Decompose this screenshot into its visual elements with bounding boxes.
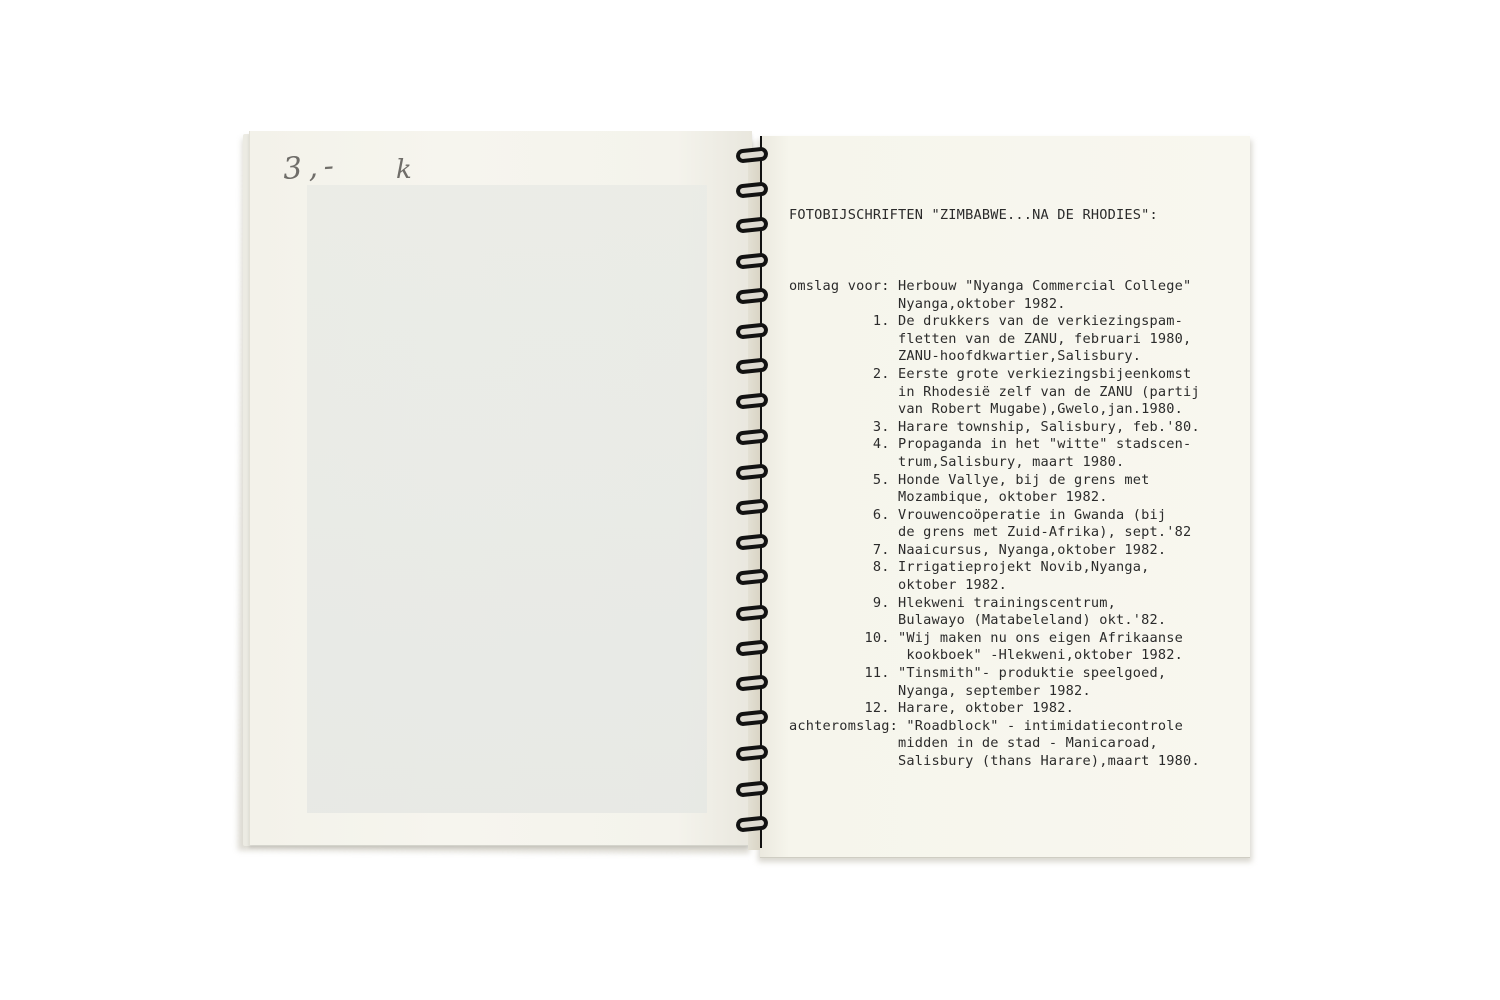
caption-line: Mozambique, oktober 1982. bbox=[789, 489, 1200, 507]
caption-line: 1. De drukkers van de verkiezingspam- bbox=[789, 313, 1200, 331]
caption-line: in Rhodesië zelf van de ZANU (partij bbox=[789, 384, 1200, 402]
caption-list: FOTOBIJSCHRIFTEN "ZIMBABWE...NA DE RHODI… bbox=[789, 172, 1200, 806]
caption-line: Nyanga,oktober 1982. bbox=[789, 296, 1200, 314]
caption-line: fletten van de ZANU, februari 1980, bbox=[789, 331, 1200, 349]
caption-line: 8. Irrigatieprojekt Novib,Nyanga, bbox=[789, 559, 1200, 577]
caption-line: 11. "Tinsmith"- produktie speelgoed, bbox=[789, 665, 1200, 683]
caption-line: 4. Propaganda in het "witte" stadscen- bbox=[789, 436, 1200, 454]
caption-line: 3. Harare township, Salisbury, feb.'80. bbox=[789, 419, 1200, 437]
caption-line: de grens met Zuid-Afrika), sept.'82 bbox=[789, 524, 1200, 542]
caption-title: FOTOBIJSCHRIFTEN "ZIMBABWE...NA DE RHODI… bbox=[789, 207, 1200, 225]
caption-line: 5. Honde Vallye, bij de grens met bbox=[789, 472, 1200, 490]
caption-line: kookboek" -Hlekweni,oktober 1982. bbox=[789, 647, 1200, 665]
caption-line: omslag voor: Herbouw "Nyanga Commercial … bbox=[789, 278, 1200, 296]
book-spread: 3,- k FOTOBIJSCHRIFTEN "ZIMBABWE...NA DE… bbox=[0, 0, 1500, 1000]
caption-line: 6. Vrouwencoöperatie in Gwanda (bij bbox=[789, 507, 1200, 525]
show-through-photo bbox=[307, 185, 707, 813]
caption-line: 12. Harare, oktober 1982. bbox=[789, 700, 1200, 718]
spiral-wire bbox=[760, 136, 762, 848]
caption-line: oktober 1982. bbox=[789, 577, 1200, 595]
caption-line: 7. Naaicursus, Nyanga,oktober 1982. bbox=[789, 542, 1200, 560]
caption-lines: omslag voor: Herbouw "Nyanga Commercial … bbox=[789, 278, 1200, 771]
caption-line: Bulawayo (Matabeleland) okt.'82. bbox=[789, 612, 1200, 630]
caption-line: Salisbury (thans Harare),maart 1980. bbox=[789, 753, 1200, 771]
caption-line: trum,Salisbury, maart 1980. bbox=[789, 454, 1200, 472]
caption-line: 10. "Wij maken nu ons eigen Afrikaanse bbox=[789, 630, 1200, 648]
caption-line: achteromslag: "Roadblock" - intimidatiec… bbox=[789, 718, 1200, 736]
caption-line: ZANU-hoofdkwartier,Salisbury. bbox=[789, 348, 1200, 366]
caption-line: Nyanga, september 1982. bbox=[789, 683, 1200, 701]
caption-line: midden in de stad - Manicaroad, bbox=[789, 735, 1200, 753]
handwritten-mark: k bbox=[396, 155, 412, 185]
handwritten-price: 3,- bbox=[282, 148, 341, 187]
caption-line: 2. Eerste grote verkiezingsbijeenkomst bbox=[789, 366, 1200, 384]
caption-line: 9. Hlekweni trainingscentrum, bbox=[789, 595, 1200, 613]
caption-line: van Robert Mugabe),Gwelo,jan.1980. bbox=[789, 401, 1200, 419]
